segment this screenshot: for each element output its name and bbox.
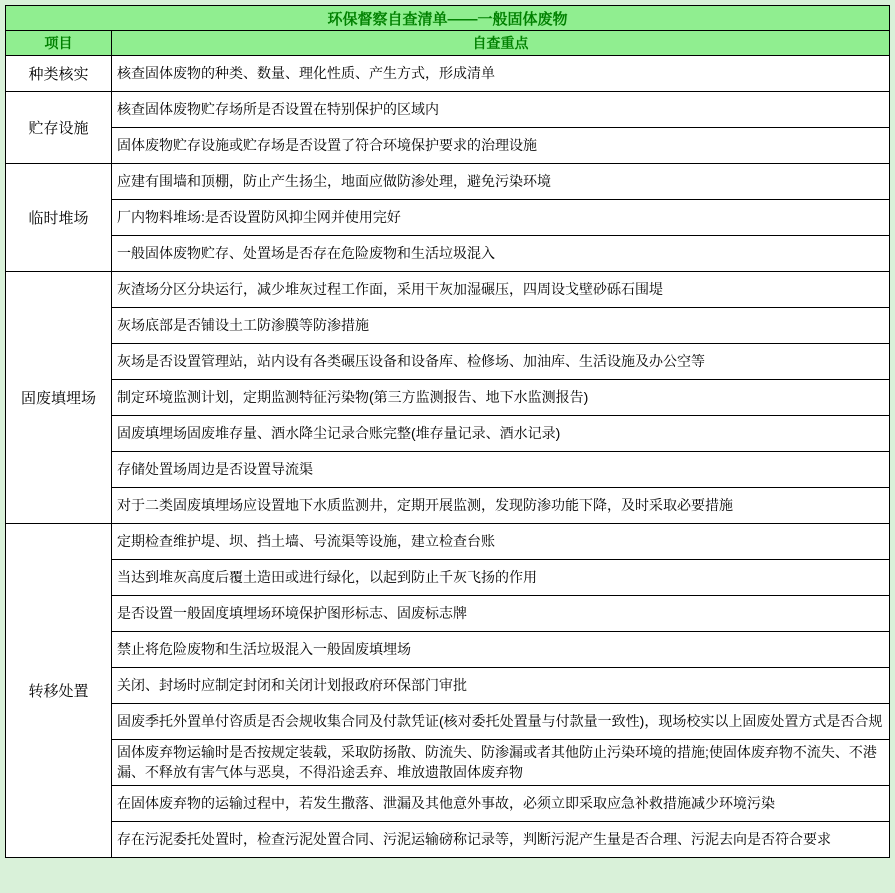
item-cell: 存在污泥委托处置时，检查污泥处置合同、污泥运输磅称记录等，判断污泥产生量是否合理… [112,821,890,857]
item-cell: 对于二类固废填埋场应设置地下水质监测井，定期开展监测，发现防渗功能下降，及时采取… [112,488,890,524]
table-row: 转移处置 定期检查维护堤、坝、挡土墙、号流渠等设施，建立检查台账 [6,524,890,560]
item-cell: 厂内物料堆场:是否设置防风抑尘网并使用完好 [112,200,890,236]
table-row: 存储处置场周边是否设置导流渠 [6,452,890,488]
table-row: 关闭、封场时应制定封闭和关闭计划报政府环保部门审批 [6,668,890,704]
category-cell-zhucun: 贮存设施 [6,92,112,164]
table-row: 固废填埋场 灰渣场分区分块运行，减少堆灰过程工作面，采用干灰加湿碾压，四周设戈壁… [6,272,890,308]
category-cell-zhonglei: 种类核实 [6,56,112,92]
table-row: 制定环境监测计划，定期监测特征污染物(第三方监测报告、地下水监测报告) [6,380,890,416]
item-cell: 固体废物贮存设施或贮存场是否设置了符合环境保护要求的治理设施 [112,128,890,164]
item-cell: 关闭、封场时应制定封闭和关闭计划报政府环保部门审批 [112,668,890,704]
item-cell: 固废填埋场固废堆存量、酒水降尘记录合账完整(堆存量记录、酒水记录) [112,416,890,452]
item-cell: 核查固体废物贮存场所是否设置在特别保护的区域内 [112,92,890,128]
page-background: 环保督察自查清单——一般固体废物 项目 自查重点 种类核实 核查固体废物的种类、… [0,0,895,893]
table-row: 固体废弃物运输时是否按规定装载，采取防扬散、防流失、防渗漏或者其他防止污染环境的… [6,740,890,786]
item-cell: 当达到堆灰高度后覆土造田或进行绿化，以起到防止千灰飞扬的作用 [112,560,890,596]
table-row: 固废季托外置单付咨质是否会规收集合同及付款凭证(核对委托处置量与付款量一致性)，… [6,704,890,740]
table-row: 是否设置一般固度填埋场环境保护图形标志、固废标志牌 [6,596,890,632]
table-row: 灰场底部是否铺设土工防渗膜等防渗措施 [6,308,890,344]
item-cell: 固废季托外置单付咨质是否会规收集合同及付款凭证(核对委托处置量与付款量一致性)，… [112,704,890,740]
item-cell: 是否设置一般固度填埋场环境保护图形标志、固废标志牌 [112,596,890,632]
item-cell: 一般固体废物贮存、处置场是否存在危险废物和生活垃圾混入 [112,236,890,272]
item-cell: 灰渣场分区分块运行，减少堆灰过程工作面，采用干灰加湿碾压，四周设戈壁砂砾石围堤 [112,272,890,308]
item-cell: 固体废弃物运输时是否按规定装载，采取防扬散、防流失、防渗漏或者其他防止污染环境的… [112,740,890,786]
table-row: 在固体废弃物的运输过程中，若发生撒落、泄漏及其他意外事故，必须立即采取应急补救措… [6,785,890,821]
item-cell: 灰场底部是否铺设土工防渗膜等防渗措施 [112,308,890,344]
table-row: 厂内物料堆场:是否设置防风抑尘网并使用完好 [6,200,890,236]
item-cell: 定期检查维护堤、坝、挡土墙、号流渠等设施，建立检查台账 [112,524,890,560]
table-row: 固废填埋场固废堆存量、酒水降尘记录合账完整(堆存量记录、酒水记录) [6,416,890,452]
table-row: 对于二类固废填埋场应设置地下水质监测井，定期开展监测，发现防渗功能下降，及时采取… [6,488,890,524]
table-row: 种类核实 核查固体废物的种类、数量、理化性质、产生方式，形成清单 [6,56,890,92]
item-cell: 灰场是否设置管理站，站内设有各类碾压设备和设备库、检修场、加油库、生活设施及办公… [112,344,890,380]
item-cell: 在固体废弃物的运输过程中，若发生撒落、泄漏及其他意外事故，必须立即采取应急补救措… [112,785,890,821]
table-row: 禁止将危险废物和生活垃圾混入一般固废填埋场 [6,632,890,668]
item-cell: 制定环境监测计划，定期监测特征污染物(第三方监测报告、地下水监测报告) [112,380,890,416]
item-cell: 存储处置场周边是否设置导流渠 [112,452,890,488]
table-title: 环保督察自查清单——一般固体废物 [6,6,890,31]
table-row: 灰场是否设置管理站，站内设有各类碾压设备和设备库、检修场、加油库、生活设施及办公… [6,344,890,380]
category-cell-linshi: 临时堆场 [6,164,112,272]
column-header-item: 项目 [6,31,112,56]
item-cell: 应建有围墙和顶棚，防止产生扬尘，地面应做防渗处理，避免污染环境 [112,164,890,200]
item-cell: 禁止将危险废物和生活垃圾混入一般固废填埋场 [112,632,890,668]
table-row: 固体废物贮存设施或贮存场是否设置了符合环境保护要求的治理设施 [6,128,890,164]
item-cell: 核查固体废物的种类、数量、理化性质、产生方式，形成清单 [112,56,890,92]
table-row: 一般固体废物贮存、处置场是否存在危险废物和生活垃圾混入 [6,236,890,272]
table-row: 贮存设施 核查固体废物贮存场所是否设置在特别保护的区域内 [6,92,890,128]
category-cell-zhuanyi: 转移处置 [6,524,112,858]
self-check-table: 环保督察自查清单——一般固体废物 项目 自查重点 种类核实 核查固体废物的种类、… [5,5,890,858]
table-title-row: 环保督察自查清单——一般固体废物 [6,6,890,31]
table-header-row: 项目 自查重点 [6,31,890,56]
category-cell-gufei: 固废填埋场 [6,272,112,524]
column-header-focus: 自查重点 [112,31,890,56]
table-row: 当达到堆灰高度后覆土造田或进行绿化，以起到防止千灰飞扬的作用 [6,560,890,596]
table-row: 存在污泥委托处置时，检查污泥处置合同、污泥运输磅称记录等，判断污泥产生量是否合理… [6,821,890,857]
table-row: 临时堆场 应建有围墙和顶棚，防止产生扬尘，地面应做防渗处理，避免污染环境 [6,164,890,200]
